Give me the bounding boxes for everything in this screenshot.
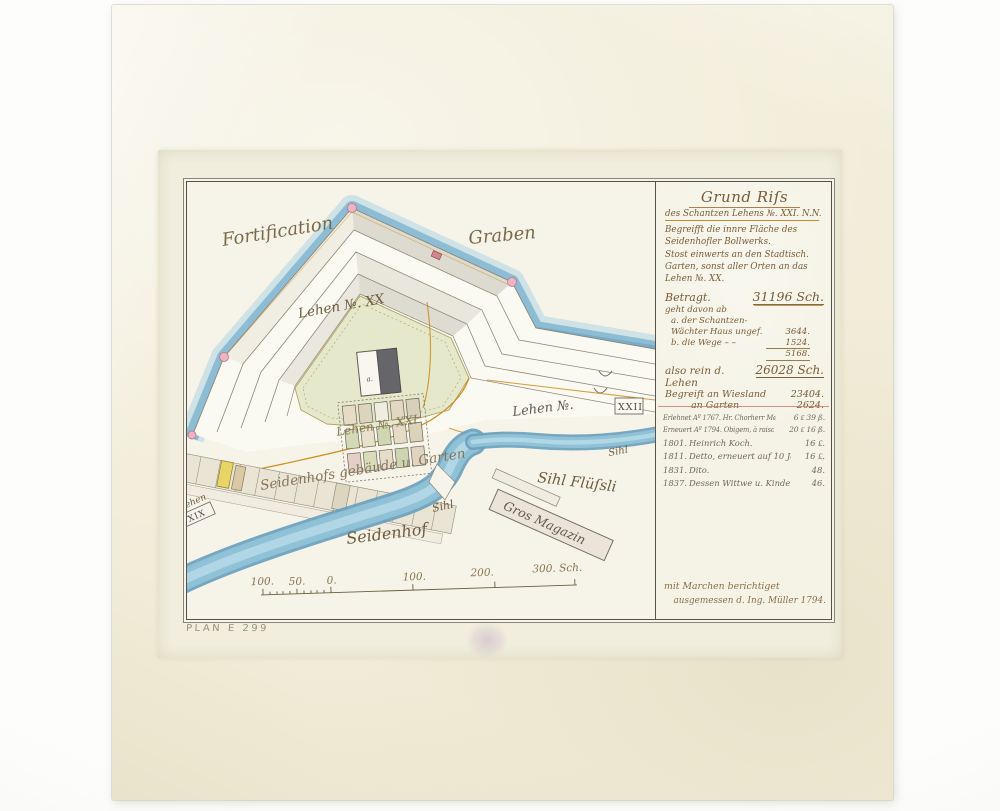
map-frame-inner: a. bbox=[186, 181, 832, 620]
gros-magazin-label: Gros Magazin bbox=[501, 498, 588, 548]
panel-description-block: Grund Riſs des Schantzen Lehens №. XXI. … bbox=[665, 188, 824, 411]
net-area-value: 26028 Sch. bbox=[756, 363, 824, 378]
svg-text:100.: 100. bbox=[402, 571, 426, 584]
deduction-a-value: 3644. bbox=[766, 327, 810, 338]
deduction-a-row: Wächter Haus ungef. 3644. bbox=[665, 327, 824, 338]
panel-title: Grund Riſs bbox=[689, 188, 800, 208]
area-total-value: 31196 Sch. bbox=[753, 289, 824, 305]
description-line: Lehen №. XX. bbox=[665, 273, 814, 285]
deduction-b-value: 1524. bbox=[766, 338, 810, 349]
history-row: Erlehnet Aº 1767. Hr. Chorherr Meiss, He… bbox=[663, 412, 825, 424]
panel-subtitle: des Schantzen Lehens №. XXI. N.N. bbox=[665, 208, 819, 221]
description-line: Begreifft die innre Fläche des bbox=[665, 224, 814, 236]
history-row: Erneuert Aº 1794. Obigem, à raison de 30… bbox=[663, 424, 825, 436]
svg-text:300. Sch.: 300. Sch. bbox=[532, 562, 582, 576]
area-total-row: Betragt. 31196 Sch. bbox=[665, 289, 824, 305]
archive-stamp bbox=[466, 622, 508, 658]
history-row: 1811. Detto, erneuert auf 10 Jahre. 16 ₤… bbox=[663, 450, 825, 464]
wiesland-row: Begreift an Wiesland 23404. bbox=[665, 389, 824, 400]
map-svg: a. bbox=[187, 182, 655, 619]
surveyor-signature: mit Marchen berichtiget ausgemessen d. I… bbox=[664, 580, 825, 608]
info-panel: Grund Riſs des Schantzen Lehens №. XXI. … bbox=[655, 182, 831, 619]
svg-text:0.: 0. bbox=[326, 575, 336, 587]
lease-history-block: Erlehnet Aº 1767. Hr. Chorherr Meiss, He… bbox=[663, 412, 825, 491]
net-area-row: also rein d. Lehen 26028 Sch. bbox=[665, 363, 824, 389]
description-line: Garten, sonst aller Orten an das bbox=[665, 261, 814, 273]
deduction-sum-row: 5168. bbox=[665, 348, 824, 361]
panel-divider-rule bbox=[658, 406, 829, 407]
archive-plan-number: PLAN E 299 bbox=[186, 623, 269, 633]
history-row: 1837. Dessen Wittwe u. Kinder. 46. bbox=[663, 477, 825, 491]
description-line: Seidenhofler Bollwerks. bbox=[665, 236, 814, 248]
history-row: 1831. Dito. 48. bbox=[663, 464, 825, 478]
deduction-intro: geht davon ab bbox=[665, 305, 824, 316]
lehen-xxii-box: XXII bbox=[615, 398, 643, 414]
scanned-plan-page: { "plan_number": "PLAN E 299", "map": { … bbox=[0, 0, 1000, 811]
area-total-label: Betragt. bbox=[665, 291, 753, 304]
map-frame: a. bbox=[183, 178, 835, 623]
deduction-sum-value: 5168. bbox=[766, 348, 810, 361]
scale-bar: 100. 50. 0. 100. 200. 300. Sch. bbox=[250, 562, 582, 595]
svg-text:XXII: XXII bbox=[618, 402, 643, 413]
svg-text:50.: 50. bbox=[288, 576, 305, 589]
description-line: Stost einwerts an den Stadtisch. bbox=[665, 249, 814, 261]
svg-text:100.: 100. bbox=[250, 575, 274, 588]
history-row: 1801. Heinrich Koch. 16 ₤. bbox=[663, 437, 825, 451]
deduction-b-row: b. die Wege – – 1524. bbox=[665, 338, 824, 349]
label-sihl-small: Sihl bbox=[608, 445, 629, 459]
svg-text:200.: 200. bbox=[469, 567, 494, 580]
map-view: a. bbox=[187, 182, 655, 619]
label-graben: Graben bbox=[468, 222, 537, 249]
deduction-a-line1: a. der Schantzen- bbox=[665, 316, 824, 327]
building-letter: a. bbox=[366, 375, 373, 384]
